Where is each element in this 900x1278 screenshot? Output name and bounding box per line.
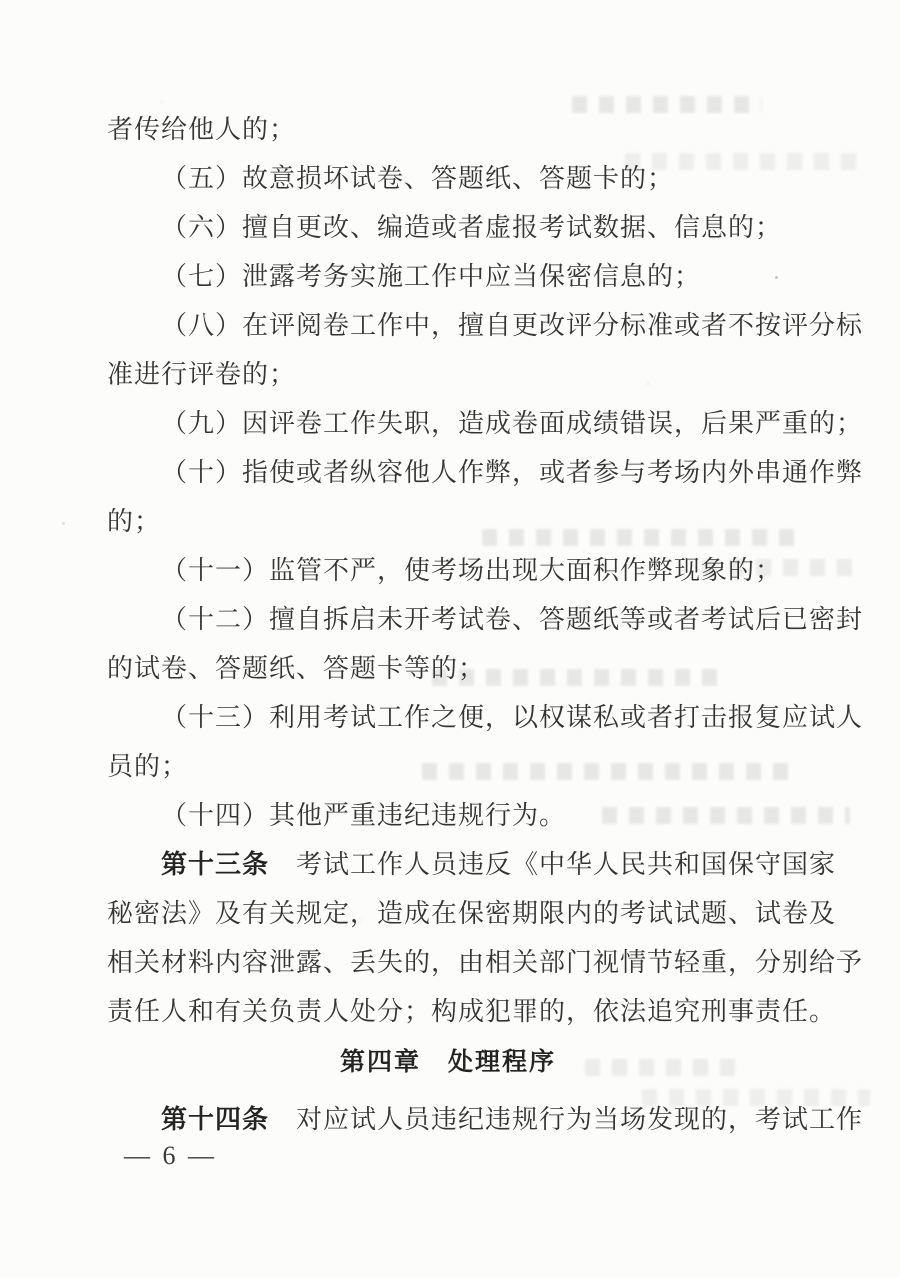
clause-13-line-1: （十三）利用考试工作之便，以权谋私或者打击报复应试人 [107, 693, 865, 742]
bold-text-segment: 第十四条 [161, 1104, 269, 1134]
bold-text-segment: 第四章 [340, 1048, 421, 1076]
text-segment: 的试卷、答题纸、答题卡等的； [107, 654, 485, 683]
clause-8-line-2: 准进行评卷的； [107, 350, 865, 399]
article-14-line-1: 第十四条 对应试人员违纪违规行为当场发现的，考试工作 [107, 1095, 865, 1144]
text-segment: 秘密法》及有关规定，造成在保密期限内的考试试题、试卷及 [107, 899, 836, 928]
text-segment: 对应试人员违纪违规行为当场发现的，考试工作 [269, 1105, 863, 1134]
text-segment: （九）因评卷工作失职，造成卷面成绩错误，后果严重的； [161, 409, 863, 438]
text-segment: （十三）利用考试工作之便，以权谋私或者打击报复应试人 [161, 703, 863, 732]
text-segment: 的； [107, 507, 161, 536]
text-segment: （十一）监管不严，使考场出现大面积作弊现象的； [161, 556, 782, 585]
text-segment: （五）故意损坏试卷、答题纸、答题卡的； [161, 164, 674, 193]
text-segment: （六）擅自更改、编造或者虚报考试数据、信息的； [161, 213, 782, 242]
clause-14: （十四）其他严重违纪违规行为。 [107, 791, 865, 840]
text-segment: （八）在评阅卷工作中，擅自更改评分标准或者不按评分标 [161, 311, 863, 340]
clause-4-continuation: 者传给他人的； [107, 105, 865, 154]
scanned-document-page: 者传给他人的；（五）故意损坏试卷、答题纸、答题卡的；（六）擅自更改、编造或者虚报… [0, 0, 900, 1278]
bold-text-segment [421, 1048, 448, 1076]
bold-text-segment: 处理程序 [448, 1048, 556, 1076]
clause-11: （十一）监管不严，使考场出现大面积作弊现象的； [107, 546, 865, 595]
page-number: — 6 — [124, 1141, 217, 1171]
text-segment: 员的； [107, 752, 188, 781]
clause-6: （六）擅自更改、编造或者虚报考试数据、信息的； [107, 203, 865, 252]
clause-7: （七）泄露考务实施工作中应当保密信息的； [107, 252, 865, 301]
clause-8-line-1: （八）在评阅卷工作中，擅自更改评分标准或者不按评分标 [107, 301, 865, 350]
scan-speck [62, 522, 65, 525]
chapter-4-heading: 第四章 处理程序 [69, 1038, 827, 1087]
document-body: 者传给他人的；（五）故意损坏试卷、答题纸、答题卡的；（六）擅自更改、编造或者虚报… [107, 105, 865, 1144]
text-segment: （十二）擅自拆启未开考试卷、答题纸等或者考试后已密封 [161, 605, 863, 634]
clause-10-line-2: 的； [107, 497, 865, 546]
article-13-line-1: 第十三条 考试工作人员违反《中华人民共和国保守国家 [107, 840, 865, 889]
article-13-line-3: 相关材料内容泄露、丢失的，由相关部门视情节轻重，分别给予 [107, 938, 865, 987]
article-13-line-4: 责任人和有关负责人处分；构成犯罪的，依法追究刑事责任。 [107, 987, 865, 1036]
clause-13-line-2: 员的； [107, 742, 865, 791]
text-segment: （七）泄露考务实施工作中应当保密信息的； [161, 262, 701, 291]
bold-text-segment: 第十三条 [161, 849, 269, 879]
text-segment: 相关材料内容泄露、丢失的，由相关部门视情节轻重，分别给予 [107, 948, 863, 977]
text-segment: 者传给他人的； [107, 115, 296, 144]
text-segment: （十四）其他严重违纪违规行为。 [161, 801, 566, 830]
text-segment: 考试工作人员违反《中华人民共和国保守国家 [269, 850, 836, 879]
clause-12-line-1: （十二）擅自拆启未开考试卷、答题纸等或者考试后已密封 [107, 595, 865, 644]
clause-12-line-2: 的试卷、答题纸、答题卡等的； [107, 644, 865, 693]
clause-5: （五）故意损坏试卷、答题纸、答题卡的； [107, 154, 865, 203]
text-segment: 责任人和有关负责人处分；构成犯罪的，依法追究刑事责任。 [107, 997, 836, 1026]
text-segment: 准进行评卷的； [107, 360, 296, 389]
clause-9: （九）因评卷工作失职，造成卷面成绩错误，后果严重的； [107, 399, 865, 448]
text-segment: （十）指使或者纵容他人作弊，或者参与考场内外串通作弊 [161, 458, 863, 487]
clause-10-line-1: （十）指使或者纵容他人作弊，或者参与考场内外串通作弊 [107, 448, 865, 497]
article-13-line-2: 秘密法》及有关规定，造成在保密期限内的考试试题、试卷及 [107, 889, 865, 938]
